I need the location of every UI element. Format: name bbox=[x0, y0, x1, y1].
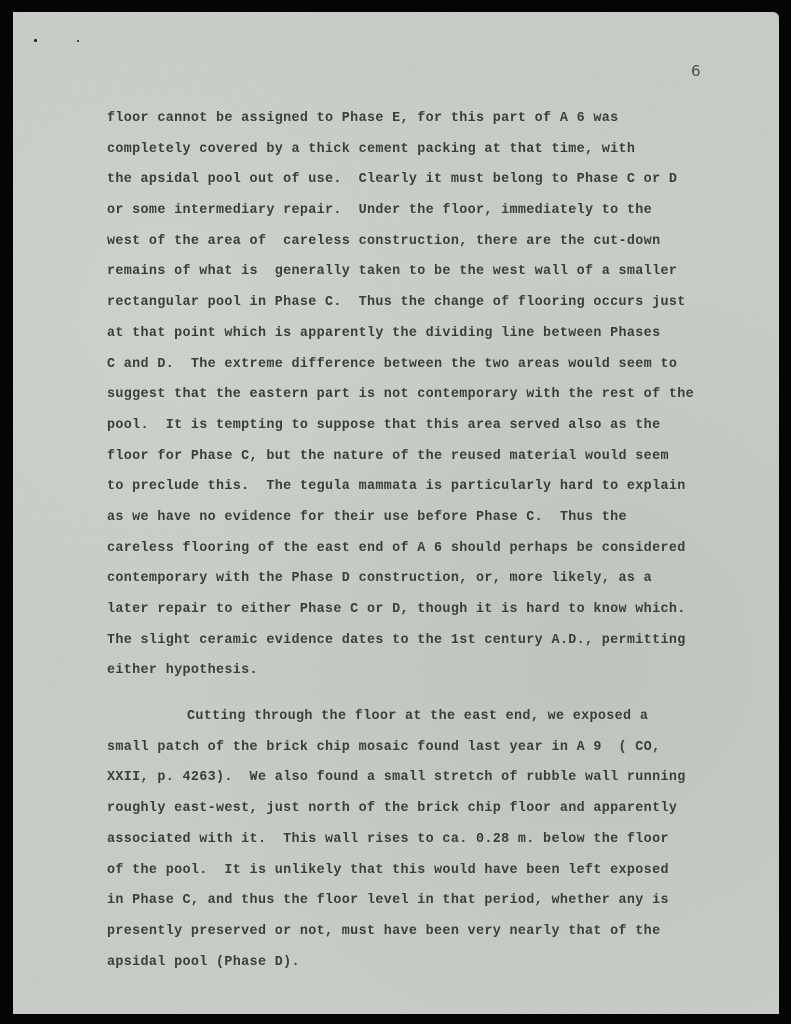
text-line: XXII, p. 4263). We also found a small st… bbox=[107, 763, 767, 794]
text-line: small patch of the brick chip mosaic fou… bbox=[107, 733, 767, 764]
text-line: contemporary with the Phase D constructi… bbox=[107, 564, 767, 595]
text-line: pool. It is tempting to suppose that thi… bbox=[107, 411, 767, 442]
text-line: C and D. The extreme difference between … bbox=[107, 350, 767, 381]
paragraph-1: floor cannot be assigned to Phase E, for… bbox=[107, 104, 767, 687]
text-line: floor cannot be assigned to Phase E, for… bbox=[107, 104, 767, 135]
text-line: associated with it. This wall rises to c… bbox=[107, 825, 767, 856]
paper-speck bbox=[77, 40, 79, 42]
text-line: the apsidal pool out of use. Clearly it … bbox=[107, 165, 767, 196]
paragraph-2: Cutting through the floor at the east en… bbox=[107, 702, 767, 978]
text-line: or some intermediary repair. Under the f… bbox=[107, 196, 767, 227]
text-line: presently preserved or not, must have be… bbox=[107, 917, 767, 948]
text-line: west of the area of careless constructio… bbox=[107, 227, 767, 258]
text-line: careless flooring of the east end of A 6… bbox=[107, 534, 767, 565]
text-line: rectangular pool in Phase C. Thus the ch… bbox=[107, 288, 767, 319]
text-line: floor for Phase C, but the nature of the… bbox=[107, 442, 767, 473]
text-line: in Phase C, and thus the floor level in … bbox=[107, 886, 767, 917]
typewritten-page: 6 floor cannot be assigned to Phase E, f… bbox=[13, 12, 779, 1014]
text-line: apsidal pool (Phase D). bbox=[107, 948, 767, 979]
text-line: at that point which is apparently the di… bbox=[107, 319, 767, 350]
text-line: completely covered by a thick cement pac… bbox=[107, 135, 767, 166]
text-line: to preclude this. The tegula mammata is … bbox=[107, 472, 767, 503]
page-number: 6 bbox=[691, 62, 701, 80]
text-line: as we have no evidence for their use bef… bbox=[107, 503, 767, 534]
document-body: floor cannot be assigned to Phase E, for… bbox=[107, 104, 767, 978]
text-line: of the pool. It is unlikely that this wo… bbox=[107, 856, 767, 887]
text-line: The slight ceramic evidence dates to the… bbox=[107, 626, 767, 657]
text-line: roughly east-west, just north of the bri… bbox=[107, 794, 767, 825]
paper-speck bbox=[34, 39, 37, 42]
text-line: Cutting through the floor at the east en… bbox=[107, 702, 767, 733]
text-line: later repair to either Phase C or D, tho… bbox=[107, 595, 767, 626]
text-line: either hypothesis. bbox=[107, 656, 767, 687]
text-line: suggest that the eastern part is not con… bbox=[107, 380, 767, 411]
text-line: remains of what is generally taken to be… bbox=[107, 257, 767, 288]
paragraph-spacer bbox=[107, 687, 767, 702]
